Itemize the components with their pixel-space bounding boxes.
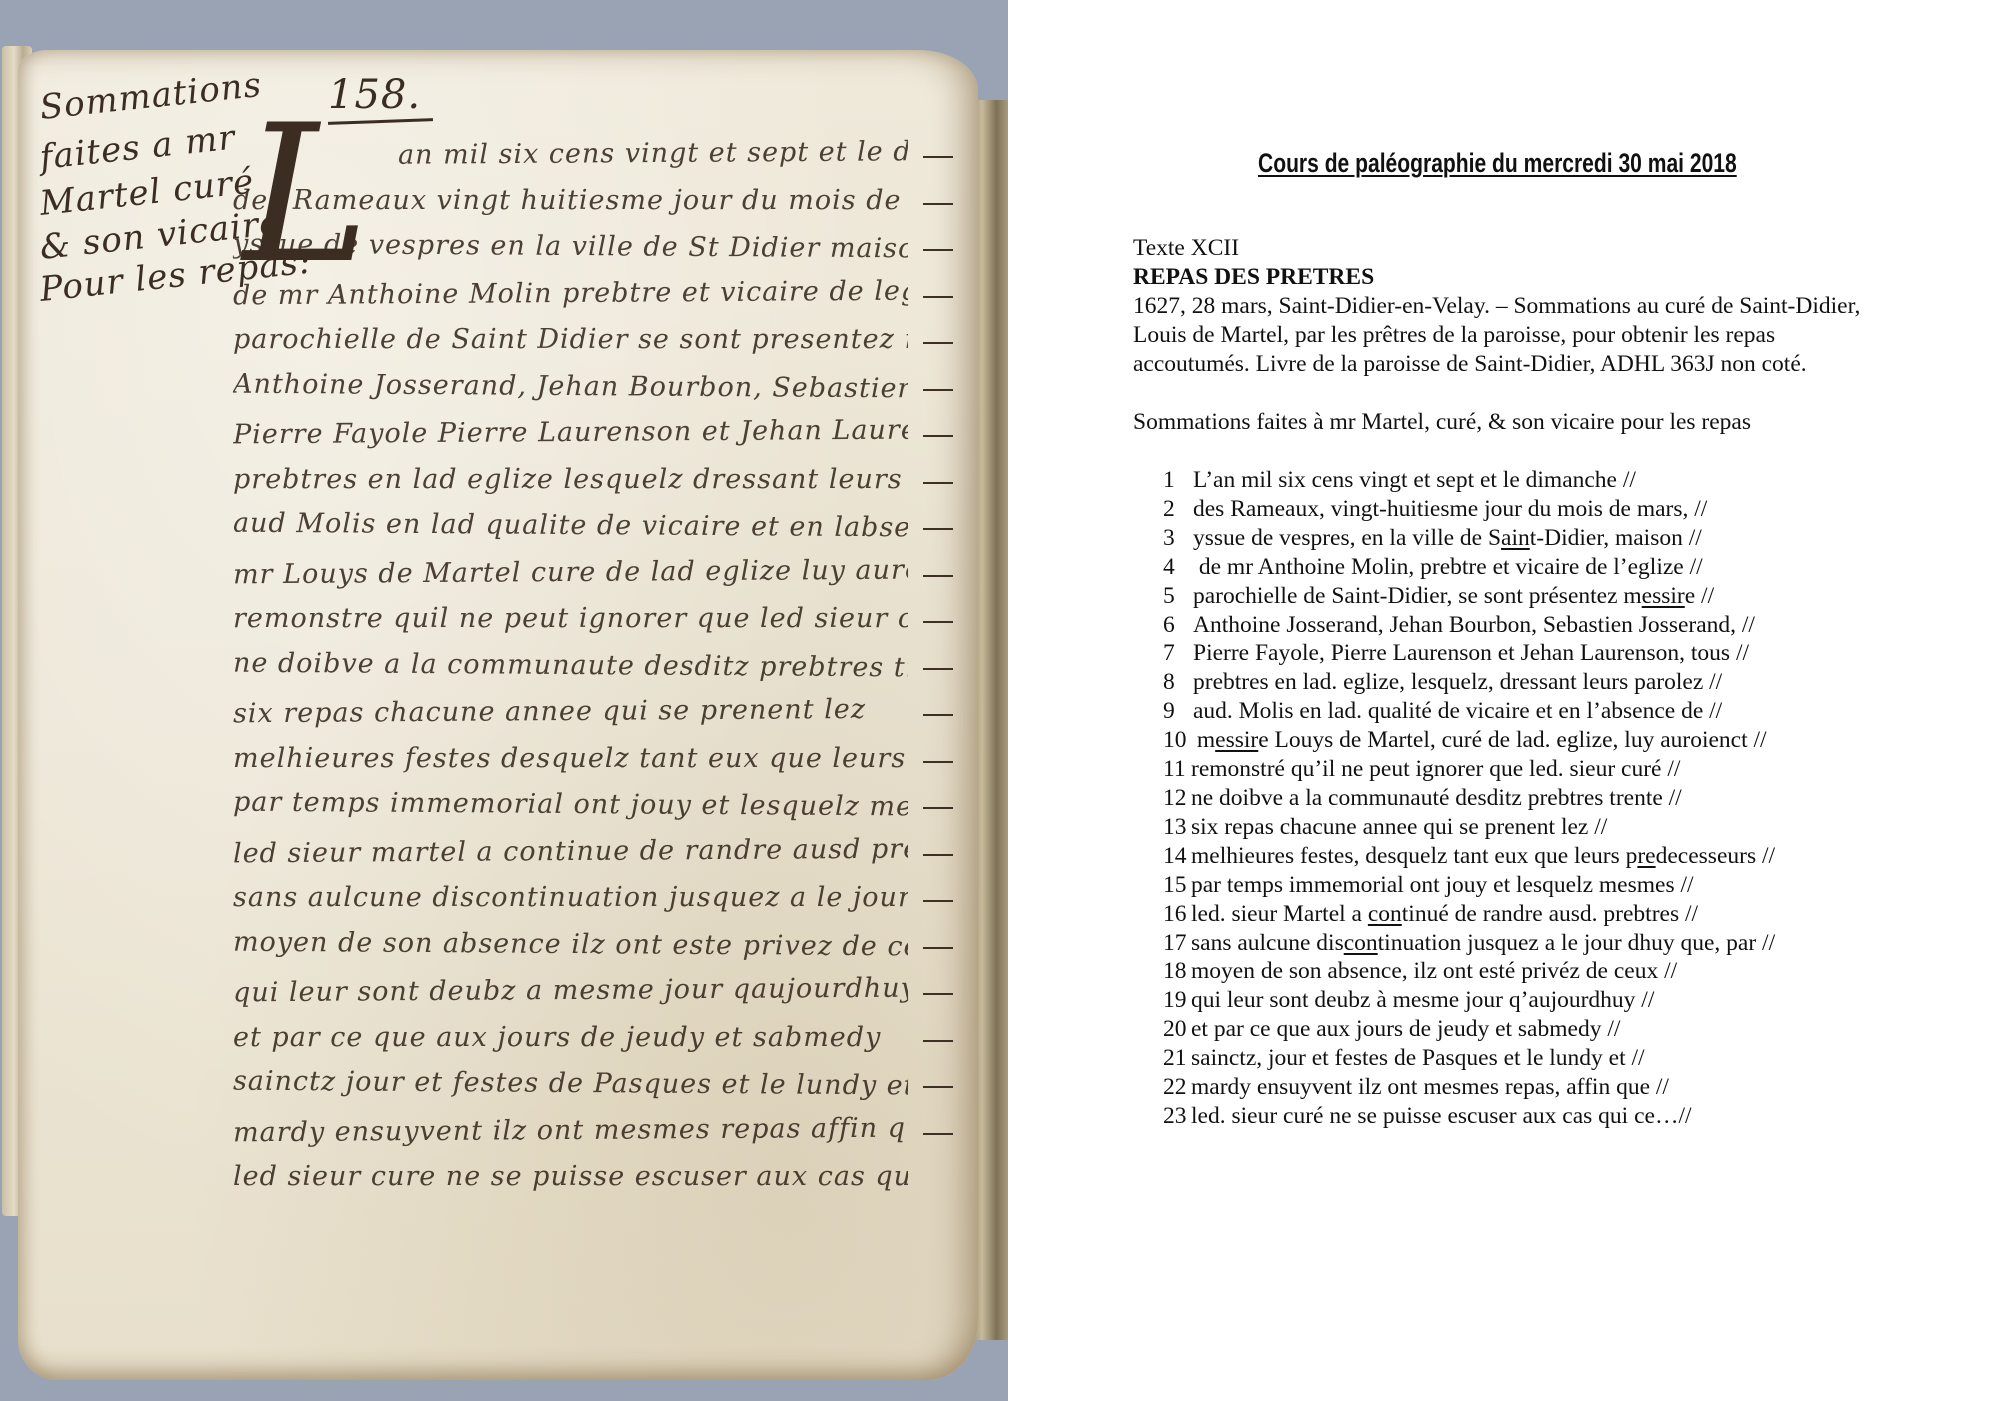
line-filler-dash bbox=[923, 993, 953, 995]
text-segment: Anthoine Josserand, Jehan Bourbon, Sebas… bbox=[1193, 612, 1755, 638]
line-text: qui leur sont deubz à mesme jour q’aujou… bbox=[1191, 986, 1654, 1015]
line-text: et par ce que aux jours de jeudy et sabm… bbox=[1191, 1015, 1620, 1044]
line-text: mardy ensuyvent ilz ont mesmes repas, af… bbox=[1191, 1073, 1669, 1102]
transcription-line: 9aud. Molis en lad. qualité de vicaire e… bbox=[1163, 697, 1775, 726]
abbreviation-expansion: con bbox=[1344, 930, 1378, 956]
line-text: six repas chacune annee qui se prenent l… bbox=[1191, 813, 1607, 842]
line-text: Anthoine Josserand, Jehan Bourbon, Sebas… bbox=[1193, 611, 1755, 640]
line-filler-dash bbox=[923, 947, 953, 949]
manuscript-page: 158. Sommations faites a mr Martel curé … bbox=[18, 50, 978, 1380]
transcription-line: 7Pierre Fayole, Pierre Laurenson et Jeha… bbox=[1163, 639, 1775, 668]
line-text: remonstré qu’il ne peut ignorer que led.… bbox=[1191, 755, 1680, 784]
line-text: des Rameaux, vingt-huitiesme jour du moi… bbox=[1193, 495, 1707, 524]
line-filler-dash bbox=[923, 296, 953, 298]
line-number: 18 bbox=[1163, 957, 1191, 986]
transcription-line: 14melhieures festes, desquelz tant eux q… bbox=[1163, 842, 1775, 871]
transcription-line: 15par temps immemorial ont jouy et lesqu… bbox=[1163, 871, 1775, 900]
line-number: 15 bbox=[1163, 871, 1191, 900]
line-number: 8 bbox=[1163, 668, 1193, 697]
text-segment: tinué de randre ausd. prebtres // bbox=[1402, 901, 1698, 927]
line-number: 2 bbox=[1163, 495, 1193, 524]
line-text: Pierre Fayole, Pierre Laurenson et Jehan… bbox=[1193, 639, 1749, 668]
handwritten-line: led sieur cure ne se puisse escuser aux … bbox=[233, 1161, 908, 1192]
handwritten-line: parochielle de Saint Didier se sont pres… bbox=[233, 324, 908, 355]
line-text: sainctz, jour et festes de Pasques et le… bbox=[1191, 1044, 1645, 1073]
transcription-line: 8prebtres en lad. eglize, lesquelz, dres… bbox=[1163, 668, 1775, 697]
line-text: messire Louys de Martel, curé de lad. eg… bbox=[1191, 726, 1767, 755]
text-segment: des Rameaux, vingt-huitiesme jour du moi… bbox=[1193, 496, 1707, 522]
handwritten-line: six repas chacune annee qui se prenent l… bbox=[233, 694, 908, 730]
transcription-line: 12ne doibve a la communauté desditz preb… bbox=[1163, 784, 1775, 813]
text-segment: L’an mil six cens vingt et sept et le di… bbox=[1193, 467, 1636, 493]
transcription-line: 11remonstré qu’il ne peut ignorer que le… bbox=[1163, 755, 1775, 784]
course-title: Cours de paléographie du mercredi 30 mai… bbox=[1258, 148, 1737, 179]
transcription-lines: 1L’an mil six cens vingt et sept et le d… bbox=[1163, 466, 1775, 1131]
line-number: 5 bbox=[1163, 582, 1193, 611]
text-segment: ne doibve a la communauté desditz prebtr… bbox=[1191, 785, 1682, 811]
line-filler-dash bbox=[923, 435, 953, 437]
line-text: aud. Molis en lad. qualité de vicaire et… bbox=[1193, 697, 1722, 726]
handwritten-line: aud Molis en lad qualite de vicaire et e… bbox=[233, 508, 908, 544]
line-number: 3 bbox=[1163, 524, 1193, 553]
handwritten-line: yssue de vespres en la ville de St Didie… bbox=[233, 229, 908, 265]
text-segment: Pierre Fayole, Pierre Laurenson et Jehan… bbox=[1193, 640, 1749, 666]
handwritten-line: mardy ensuyvent ilz ont mesmes repas aff… bbox=[233, 1112, 908, 1148]
line-filler-dash bbox=[923, 249, 953, 251]
handwritten-line: des Rameaux vingt huitiesme jour du mois… bbox=[233, 185, 908, 216]
line-text: melhieures festes, desquelz tant eux que… bbox=[1191, 842, 1775, 871]
description-line: Louis de Martel, par les prêtres de la p… bbox=[1133, 321, 1860, 350]
transcription-line: 3yssue de vespres, en la ville de Saint-… bbox=[1163, 524, 1775, 553]
line-number: 1 bbox=[1163, 466, 1193, 495]
line-text: led. sieur Martel a continué de randre a… bbox=[1191, 900, 1698, 929]
line-filler-dash bbox=[923, 1040, 953, 1042]
text-segment: et par ce que aux jours de jeudy et sabm… bbox=[1191, 1016, 1620, 1042]
handwritten-line: qui leur sont deubz a mesme jour qaujour… bbox=[233, 973, 908, 1009]
line-filler-dash bbox=[923, 342, 953, 344]
transcription-line: 13six repas chacune annee qui se prenent… bbox=[1163, 813, 1775, 842]
line-number: 21 bbox=[1163, 1044, 1191, 1073]
line-filler-dash bbox=[923, 203, 953, 205]
transcription-line: 16led. sieur Martel a continué de randre… bbox=[1163, 900, 1775, 929]
handwritten-line: an mil six cens vingt et sept et le dima… bbox=[398, 136, 908, 171]
line-number: 11 bbox=[1163, 755, 1191, 784]
line-filler-dash bbox=[923, 668, 953, 670]
abbreviation-expansion: con bbox=[1368, 901, 1402, 927]
abbreviation-expansion: essir bbox=[1215, 727, 1258, 753]
line-text: moyen de son absence, ilz ont esté privé… bbox=[1191, 957, 1677, 986]
handwritten-line: de mr Anthoine Molin prebtre et vicaire … bbox=[233, 275, 908, 311]
transcription-line: 22mardy ensuyvent ilz ont mesmes repas, … bbox=[1163, 1073, 1775, 1102]
line-number: 12 bbox=[1163, 784, 1191, 813]
text-segment: remonstré qu’il ne peut ignorer que led.… bbox=[1191, 756, 1680, 782]
line-filler-dash bbox=[923, 575, 953, 577]
text-segment: sainctz, jour et festes de Pasques et le… bbox=[1191, 1045, 1645, 1071]
transcription-line: 20et par ce que aux jours de jeudy et sa… bbox=[1163, 1015, 1775, 1044]
transcription-line: 17sans aulcune discontinuation jusquez a… bbox=[1163, 929, 1775, 958]
texte-number: Texte XCII bbox=[1133, 234, 1239, 263]
text-segment: aud. Molis en lad. qualité de vicaire et… bbox=[1193, 698, 1722, 724]
text-segment: prebtres en lad. eglize, lesquelz, dress… bbox=[1193, 669, 1722, 695]
text-segment: decesseurs // bbox=[1656, 843, 1775, 869]
text-segment: qui leur sont deubz à mesme jour q’aujou… bbox=[1191, 987, 1654, 1013]
line-text: parochielle de Saint-Didier, se sont pré… bbox=[1193, 582, 1714, 611]
handwritten-line: prebtres en lad eglize lesquelz dressant… bbox=[233, 464, 908, 495]
line-number: 9 bbox=[1163, 697, 1193, 726]
document-description: 1627, 28 mars, Saint-Didier-en-Velay. – … bbox=[1133, 292, 1860, 379]
description-line: accoutumés. Livre de la paroisse de Sain… bbox=[1133, 350, 1860, 379]
text-segment: mardy ensuyvent ilz ont mesmes repas, af… bbox=[1191, 1074, 1669, 1100]
text-segment: de mr Anthoine Molin, prebtre et vicaire… bbox=[1193, 554, 1703, 580]
line-filler-dash bbox=[923, 1086, 953, 1088]
line-filler-dash bbox=[923, 528, 953, 530]
handwritten-line: moyen de son absence ilz ont este privez… bbox=[233, 926, 908, 962]
transcription-line: 23led. sieur curé ne se puisse escuser a… bbox=[1163, 1102, 1775, 1131]
line-number: 17 bbox=[1163, 929, 1191, 958]
line-text: led. sieur curé ne se puisse escuser aux… bbox=[1191, 1102, 1692, 1131]
line-filler-dash bbox=[923, 714, 953, 716]
line-filler-dash bbox=[923, 1133, 953, 1135]
line-number: 19 bbox=[1163, 986, 1191, 1015]
line-number: 20 bbox=[1163, 1015, 1191, 1044]
transcription-line: 4 de mr Anthoine Molin, prebtre et vicai… bbox=[1163, 553, 1775, 582]
line-text: yssue de vespres, en la ville de Saint-D… bbox=[1193, 524, 1702, 553]
manuscript-photo: 158. Sommations faites a mr Martel curé … bbox=[0, 0, 1008, 1401]
handwritten-line: par temps immemorial ont jouy et lesquel… bbox=[233, 787, 908, 823]
line-text: sans aulcune discontinuation jusquez a l… bbox=[1191, 929, 1775, 958]
transcription-line: 10 messire Louys de Martel, curé de lad.… bbox=[1163, 726, 1775, 755]
handwritten-line: remonstre quil ne peut ignorer que led s… bbox=[233, 603, 908, 634]
text-segment: led. sieur curé ne se puisse escuser aux… bbox=[1191, 1103, 1692, 1129]
handwritten-line: et par ce que aux jours de jeudy et sabm… bbox=[233, 1022, 908, 1053]
transcription-line: 5parochielle de Saint-Didier, se sont pr… bbox=[1163, 582, 1775, 611]
transcription-line: 19qui leur sont deubz à mesme jour q’auj… bbox=[1163, 986, 1775, 1015]
handwritten-line: sainctz jour et festes de Pasques et le … bbox=[233, 1066, 908, 1102]
line-text: par temps immemorial ont jouy et lesquel… bbox=[1191, 871, 1694, 900]
text-segment: tinuation jusquez a le jour dhuy que, pa… bbox=[1378, 930, 1775, 956]
handwritten-line: Anthoine Josserand, Jehan Bourbon, Sebas… bbox=[233, 368, 908, 404]
line-number: 10 bbox=[1163, 726, 1191, 755]
line-number: 22 bbox=[1163, 1073, 1191, 1102]
line-number: 23 bbox=[1163, 1102, 1191, 1131]
text-segment: melhieures festes, desquelz tant eux que… bbox=[1191, 843, 1637, 869]
handwritten-line: melhieures festes desquelz tant eux que … bbox=[233, 743, 908, 774]
line-filler-dash bbox=[923, 761, 953, 763]
abbreviation-expansion: ain bbox=[1501, 525, 1530, 551]
transcription-line: 21sainctz, jour et festes de Pasques et … bbox=[1163, 1044, 1775, 1073]
text-segment: moyen de son absence, ilz ont esté privé… bbox=[1191, 958, 1677, 984]
text-segment: parochielle de Saint-Didier, se sont pré… bbox=[1193, 583, 1642, 609]
text-segment: sans aulcune dis bbox=[1191, 930, 1344, 956]
text-segment: e Louys de Martel, curé de lad. eglize, … bbox=[1258, 727, 1766, 753]
handwritten-line: mr Louys de Martel cure de lad eglize lu… bbox=[233, 554, 908, 590]
line-filler-dash bbox=[923, 389, 953, 391]
abbreviation-expansion: re bbox=[1637, 843, 1655, 869]
text-segment: t-Didier, maison // bbox=[1530, 525, 1702, 551]
transcription-line: 6Anthoine Josserand, Jehan Bourbon, Seba… bbox=[1163, 611, 1775, 640]
transcription-panel: Cours de paléographie du mercredi 30 mai… bbox=[1133, 0, 1973, 1401]
transcription-line: 18moyen de son absence, ilz ont esté pri… bbox=[1163, 957, 1775, 986]
margin-note-transcription: Sommations faites à mr Martel, curé, & s… bbox=[1133, 408, 1751, 437]
text-segment: par temps immemorial ont jouy et lesquel… bbox=[1191, 872, 1694, 898]
line-filler-dash bbox=[923, 900, 953, 902]
line-number: 13 bbox=[1163, 813, 1191, 842]
handwritten-line: ne doibve a la communaute desditz prebtr… bbox=[233, 647, 908, 683]
description-line: 1627, 28 mars, Saint-Didier-en-Velay. – … bbox=[1133, 292, 1860, 321]
document-title: REPAS DES PRETRES bbox=[1133, 263, 1374, 292]
line-filler-dash bbox=[923, 621, 953, 623]
text-segment: led. sieur Martel a bbox=[1191, 901, 1368, 927]
transcription-line: 2des Rameaux, vingt-huitiesme jour du mo… bbox=[1163, 495, 1775, 524]
text-segment: m bbox=[1191, 727, 1215, 753]
line-filler-dash bbox=[923, 482, 953, 484]
transcription-line: 1L’an mil six cens vingt et sept et le d… bbox=[1163, 466, 1775, 495]
line-number: 6 bbox=[1163, 611, 1193, 640]
line-filler-dash bbox=[923, 854, 953, 856]
line-filler-dash bbox=[923, 807, 953, 809]
handwritten-line: sans aulcune discontinuation jusquez a l… bbox=[233, 882, 908, 913]
line-number: 16 bbox=[1163, 900, 1191, 929]
line-text: de mr Anthoine Molin, prebtre et vicaire… bbox=[1193, 553, 1703, 582]
line-number: 7 bbox=[1163, 639, 1193, 668]
line-number: 14 bbox=[1163, 842, 1191, 871]
line-text: prebtres en lad. eglize, lesquelz, dress… bbox=[1193, 668, 1722, 697]
text-segment: e // bbox=[1685, 583, 1714, 609]
text-segment: six repas chacune annee qui se prenent l… bbox=[1191, 814, 1607, 840]
handwritten-line: led sieur martel a continue de randre au… bbox=[233, 833, 908, 869]
text-segment: yssue de vespres, en la ville de S bbox=[1193, 525, 1501, 551]
handwritten-line: Pierre Fayole Pierre Laurenson et Jehan … bbox=[233, 415, 908, 451]
line-text: ne doibve a la communauté desditz prebtr… bbox=[1191, 784, 1682, 813]
line-number: 4 bbox=[1163, 553, 1193, 582]
line-text: L’an mil six cens vingt et sept et le di… bbox=[1193, 466, 1636, 495]
line-filler-dash bbox=[923, 156, 953, 158]
abbreviation-expansion: essir bbox=[1642, 583, 1685, 609]
